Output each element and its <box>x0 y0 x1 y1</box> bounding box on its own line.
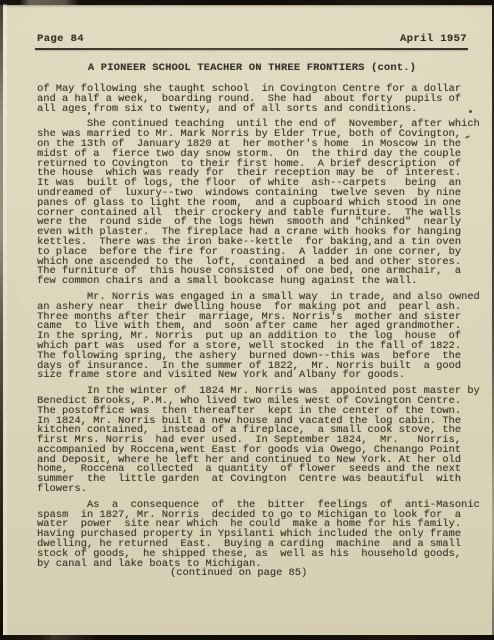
scan-edge-bottom <box>0 635 494 640</box>
scanned-page: Page 84 April 1957 A PIONEER SCHOOL TEAC… <box>0 0 494 640</box>
masthead: Page 84 April 1957 <box>37 33 467 45</box>
page-number-label: Page 84 <box>37 33 84 45</box>
article-paragraph: In the winter of 1824 Mr. Norris was app… <box>37 387 467 495</box>
continuation-notice: (continued on page 85) <box>170 569 467 579</box>
article-paragraph: of May following she taught school in Co… <box>37 85 467 114</box>
scan-edge-top <box>0 0 494 5</box>
article-title: A PIONEER SCHOOL TEACHER ON THREE FRONTI… <box>37 62 467 74</box>
article-paragraph: As a consequence of the bitter feelings … <box>37 501 467 570</box>
header-rule-divider <box>35 48 468 50</box>
issue-date-label: April 1957 <box>400 33 467 45</box>
article-body: of May following she taught school in Co… <box>37 85 467 579</box>
ink-speck <box>469 110 472 113</box>
article-paragraph: Mr. Norris was engaged in a small way in… <box>37 293 467 381</box>
paper-sheet-edge <box>3 4 7 636</box>
article-paragraph: She continued teaching until the end of … <box>37 120 467 287</box>
page-content: Page 84 April 1957 A PIONEER SCHOOL TEAC… <box>37 33 467 579</box>
